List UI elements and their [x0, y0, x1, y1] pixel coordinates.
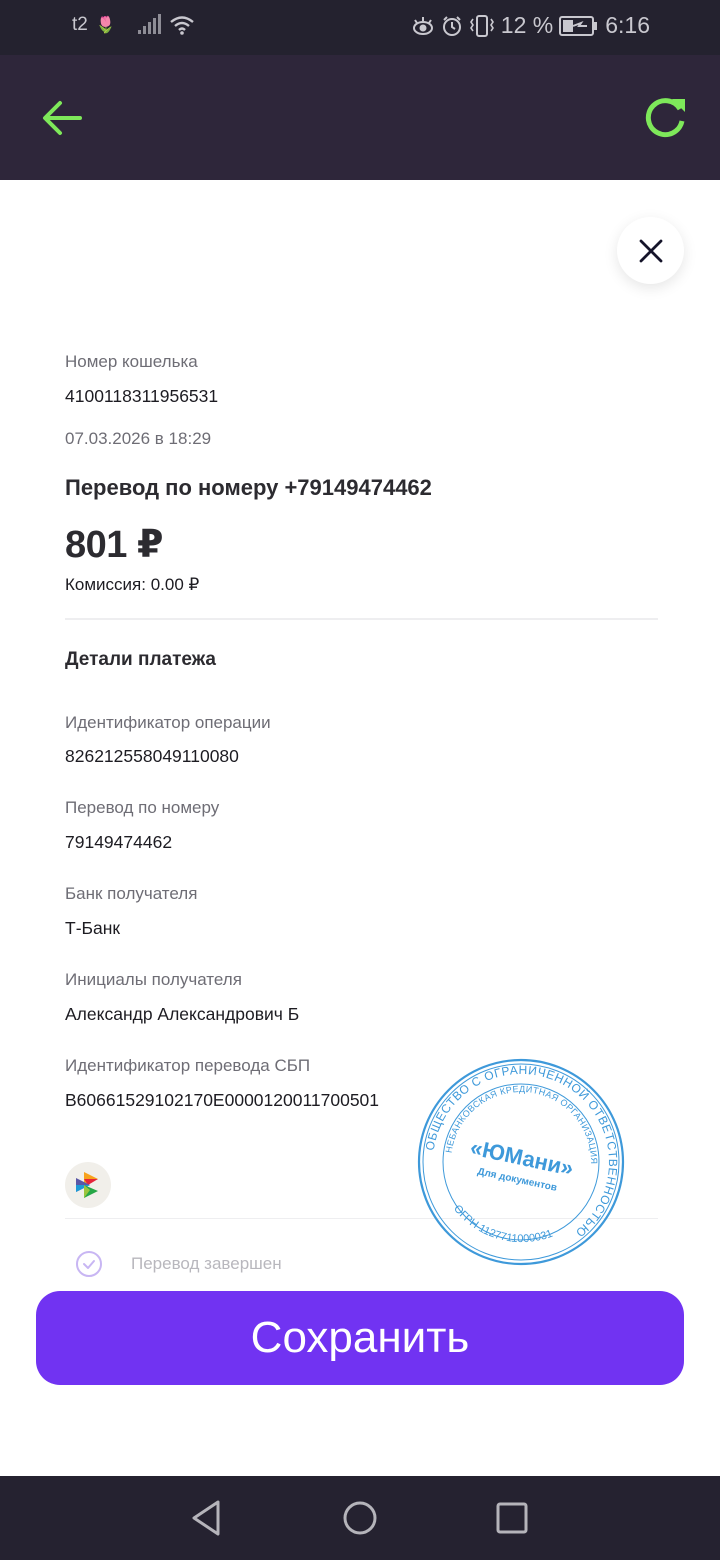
transaction-title: Перевод по номеру +79149474462 — [65, 475, 432, 501]
refresh-icon — [642, 93, 690, 141]
company-stamp: ОБЩЕСТВО С ОГРАНИЧЕННОЙ ОТВЕТСТВЕННОСТЬЮ… — [416, 1057, 626, 1267]
vibrate-icon — [469, 14, 495, 38]
detail-value: 79149474462 — [65, 832, 172, 853]
detail-label: Банк получателя — [65, 884, 197, 904]
details-title: Детали платежа — [65, 649, 216, 671]
alarm-icon — [441, 15, 463, 37]
system-nav-bar — [0, 1476, 720, 1560]
detail-value: 826212558049110080 — [65, 746, 239, 767]
detail-value: B60661529102170E0000120011700501 — [65, 1090, 379, 1111]
carrier-name: t2 — [72, 14, 88, 36]
carrier-flower-icon: 🌷 — [96, 15, 116, 35]
square-recents-icon — [490, 1496, 534, 1540]
check-circle-icon — [75, 1250, 103, 1278]
status-bar: t2 🌷 12 % — [0, 0, 720, 55]
transaction-amount: 801 ₽ — [65, 522, 163, 567]
svg-text:ОГРН 1127711000031: ОГРН 1127711000031 — [451, 1203, 554, 1245]
battery-charging-icon — [559, 15, 599, 37]
nav-recents-button[interactable] — [490, 1496, 534, 1540]
sbp-logo — [65, 1162, 111, 1208]
transaction-datetime: 07.03.2026 в 18:29 — [65, 429, 211, 449]
eye-comfort-icon — [411, 15, 435, 37]
divider — [65, 618, 658, 620]
circle-home-icon — [338, 1496, 382, 1540]
detail-label: Идентификатор перевода СБП — [65, 1056, 310, 1076]
close-icon — [638, 238, 664, 264]
sbp-logo-icon — [74, 1170, 102, 1200]
wifi-icon — [169, 14, 195, 36]
wallet-label: Номер кошелька — [65, 352, 198, 372]
detail-label: Инициалы получателя — [65, 970, 242, 990]
nav-home-button[interactable] — [338, 1496, 382, 1540]
battery-percent: 12 % — [501, 12, 553, 39]
close-button[interactable] — [617, 217, 684, 284]
detail-label: Перевод по номеру — [65, 798, 219, 818]
status-text: Перевод завершен — [131, 1254, 282, 1274]
arrow-left-icon — [40, 95, 86, 141]
refresh-button[interactable] — [642, 93, 690, 141]
detail-label: Идентификатор операции — [65, 713, 271, 733]
nav-back-button[interactable] — [184, 1496, 228, 1540]
stamp-ogrn: ОГРН 1127711000031 — [451, 1203, 554, 1245]
app-bar — [0, 55, 720, 180]
clock: 6:16 — [605, 12, 650, 39]
save-button[interactable]: Сохранить — [36, 1291, 684, 1385]
triangle-back-icon — [184, 1496, 228, 1540]
commission: Комиссия: 0.00 ₽ — [65, 575, 199, 595]
detail-value: Александр Александрович Б — [65, 1004, 299, 1025]
back-button[interactable] — [40, 95, 86, 141]
signal-icon — [138, 16, 161, 34]
detail-value: Т-Банк — [65, 918, 120, 939]
wallet-number: 4100118311956531 — [65, 386, 218, 407]
transfer-status: Перевод завершен — [75, 1250, 282, 1278]
